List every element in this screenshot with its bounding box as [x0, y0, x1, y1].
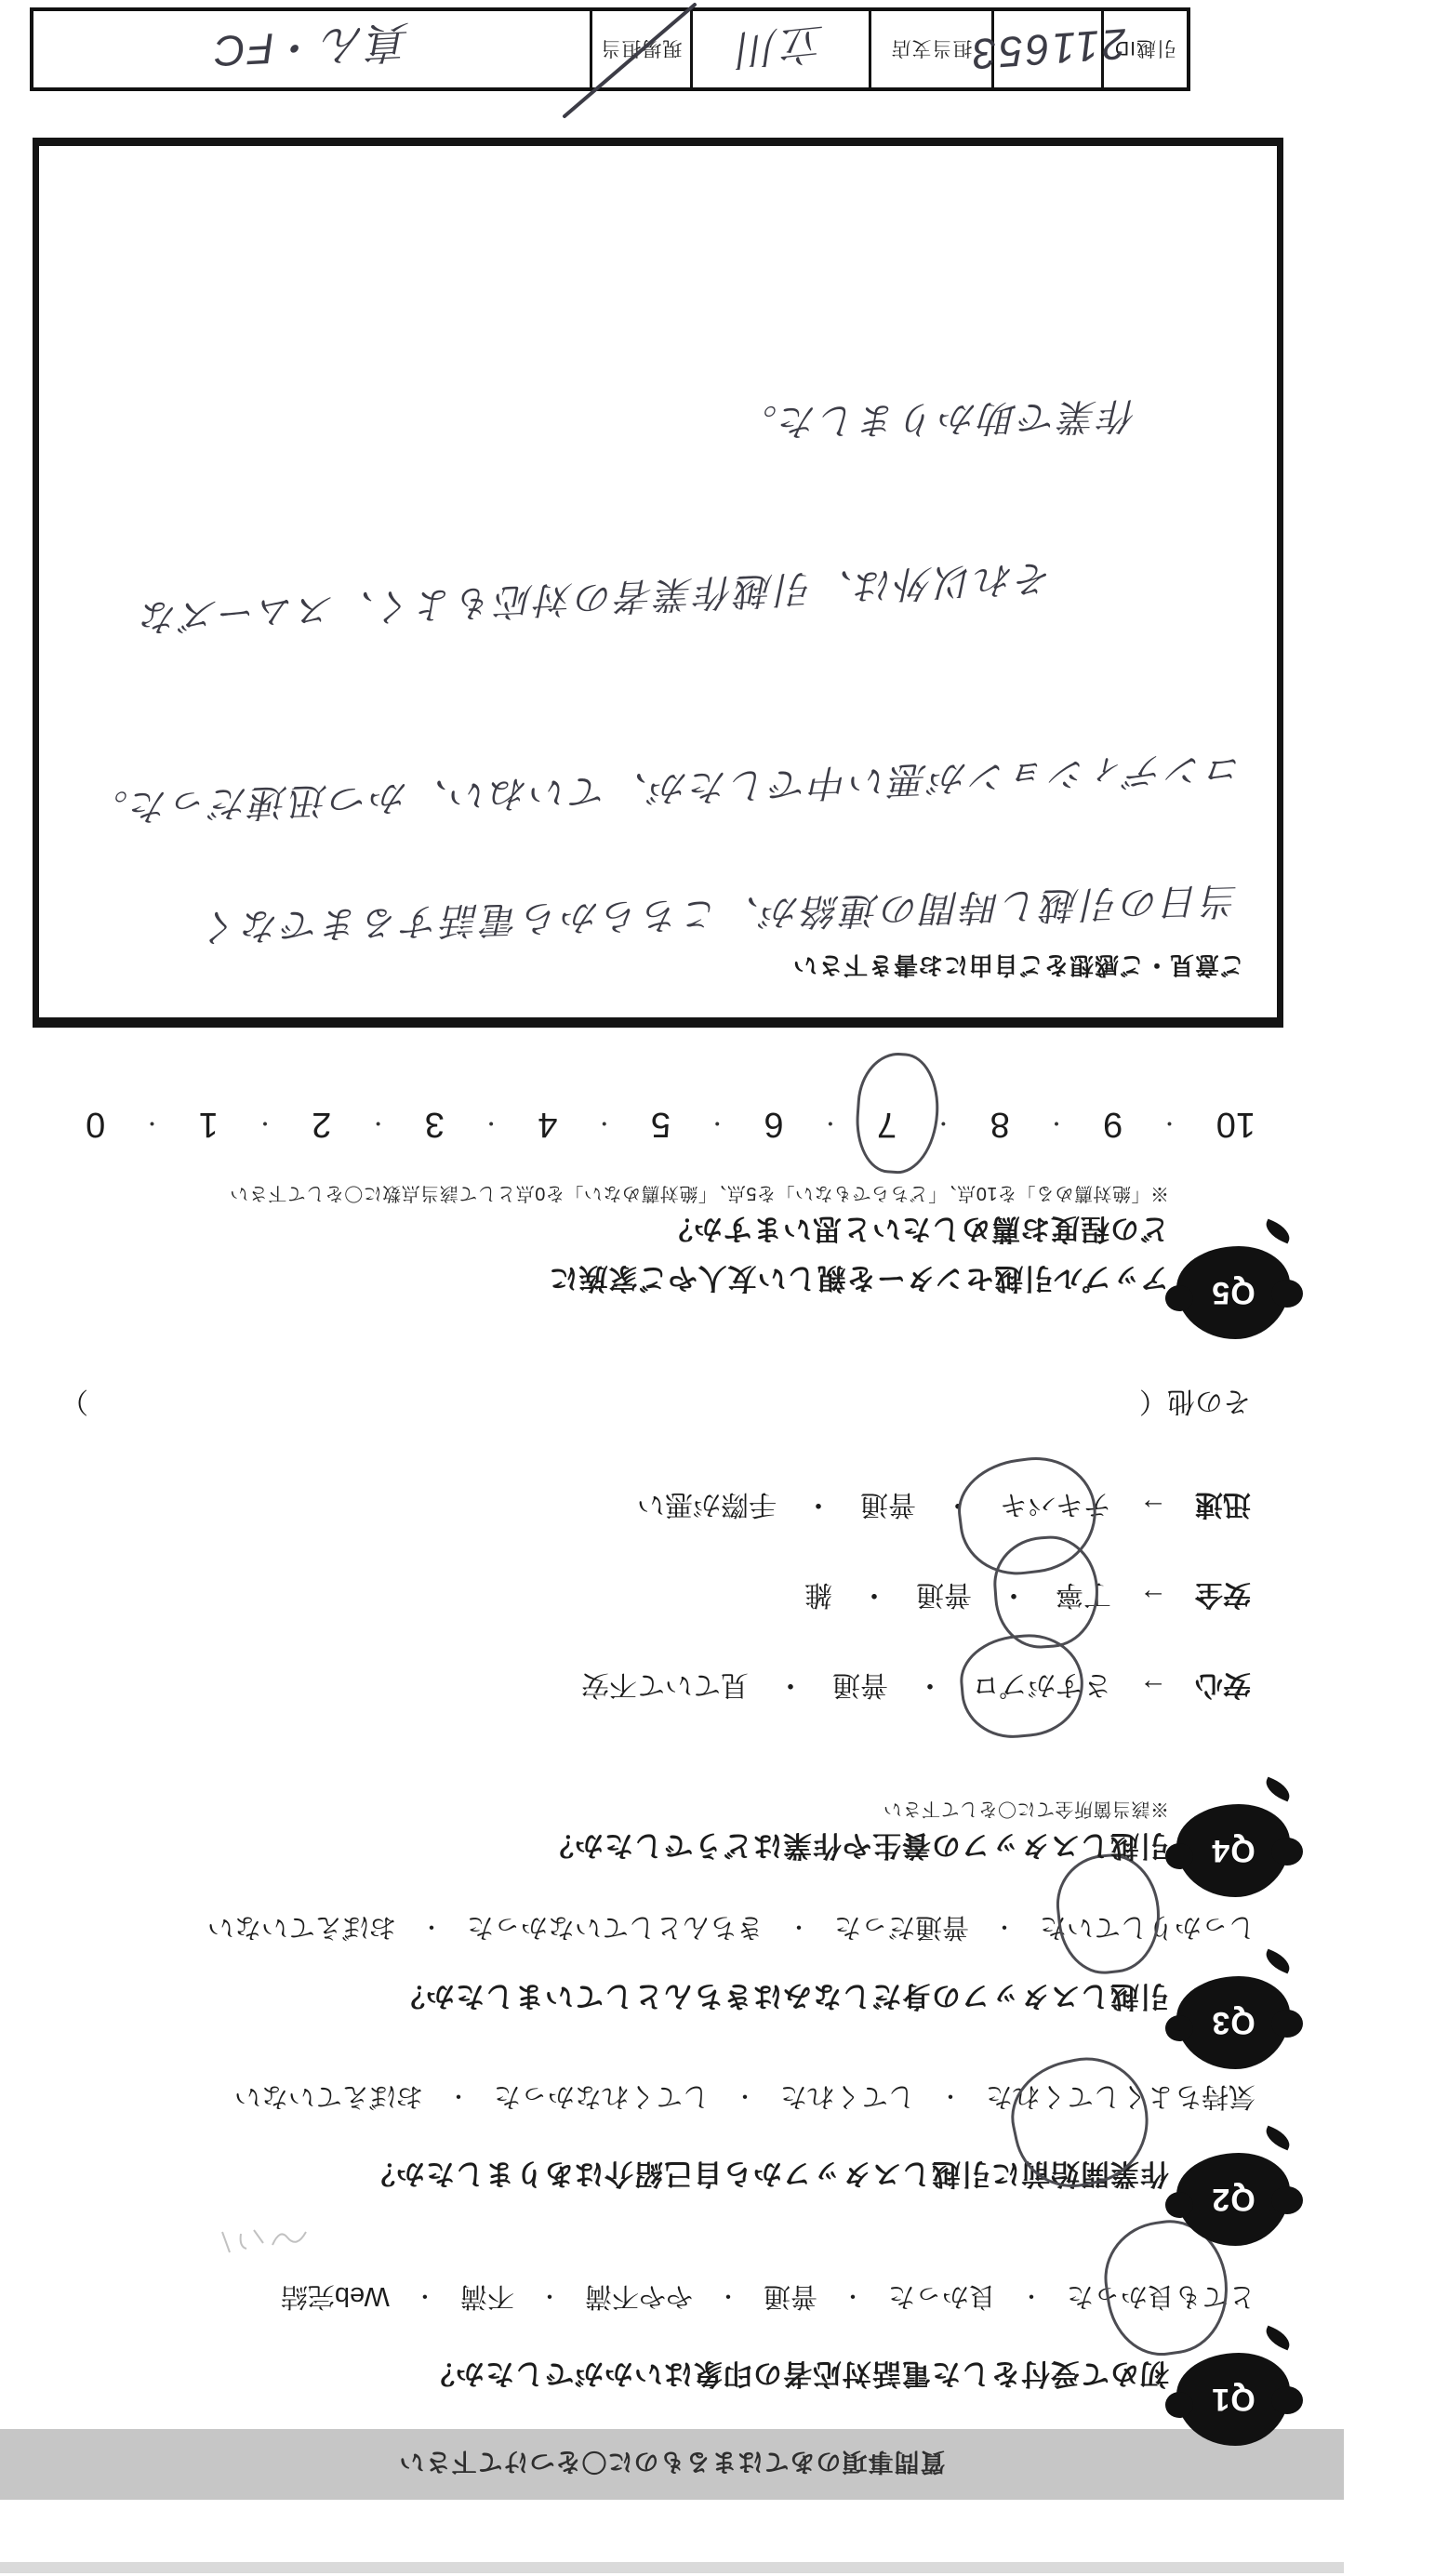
comment-box: ご意見・ご感想をご自由にお書き下さい 当日の引越し時間の連絡が、こちらから電話す…: [33, 138, 1283, 1028]
q4-other-paren-open: （: [1139, 1386, 1167, 1416]
option-separator: ・: [842, 2282, 864, 2315]
branch-value: 立川: [690, 11, 869, 87]
move-id-value: 211653: [991, 11, 1101, 87]
option-separator: ・: [804, 1487, 832, 1528]
q2-option: してくれなかった: [494, 2079, 710, 2118]
q4-bubble-label: Q4: [1211, 1833, 1255, 1869]
q4-bubble-icon: Q4: [1176, 1804, 1290, 1897]
q4-row-anshin: 安心 → さすがプロ・ 普通・ 見ていて不安: [581, 1667, 1251, 1708]
q1-question: 初めて受付をした電話対応者の印象はいかがでしたか？: [425, 2356, 1169, 2397]
q2-bubble-label: Q2: [1211, 2182, 1255, 2218]
q2-bubble-tail-icon: [1262, 2126, 1294, 2151]
q4-row-jinsoku: 迅速 → テキパキ・ 普通・ 手際が悪い: [637, 1487, 1251, 1528]
arrow-icon: →: [1139, 1582, 1167, 1613]
q1-option: Web完結: [281, 2279, 390, 2317]
scanned-survey-page: 質問事項のあてはまるものに〇をつけて下さい Q1 初めて受付をした電話対応者の印…: [0, 0, 1448, 2576]
q4-other-paren-close: ）: [60, 1386, 88, 1416]
option-separator: ・: [1020, 2282, 1043, 2315]
q3-option: おぼえていない: [207, 1910, 396, 1948]
q5-scale-value: 3: [425, 1104, 445, 1144]
arrow-icon: →: [1139, 1492, 1167, 1523]
option-separator: ・: [788, 1913, 810, 1945]
q4-bubble-tail-icon: [1262, 1777, 1294, 1802]
option-separator: ・: [777, 1667, 804, 1708]
q4-option: 普通: [832, 1667, 888, 1708]
stray-pen-stroke: [499, 0, 704, 121]
q5-scale-value: 10: [1216, 1104, 1255, 1144]
scale-separator: ・: [594, 1109, 615, 1138]
handwritten-comment-line: 作業で助かりました。: [737, 392, 1138, 451]
q1-bubble-label: Q1: [1211, 2382, 1255, 2418]
scale-separator: ・: [141, 1109, 162, 1138]
handwritten-comment-line: それ以外は、引越作業者の対応もよく、スムーズな: [138, 554, 1055, 647]
scale-separator: ・: [707, 1109, 727, 1138]
q2-option: してくれた: [780, 2079, 915, 2118]
instruction-bar: 質問事項のあてはまるものに〇をつけて下さい: [0, 2429, 1344, 2500]
q4-option: 普通: [860, 1487, 916, 1528]
q5-scale-value: 2: [312, 1104, 331, 1144]
q4-other-row: その他（: [1139, 1384, 1251, 1425]
q4-note: ※該当箇所全てに〇をして下さい: [883, 1798, 1170, 1825]
q1-bubble-tail-icon: [1262, 2326, 1294, 2351]
q1-option: 良かった: [888, 2279, 996, 2317]
option-separator: ・: [993, 1913, 1016, 1945]
q3-option: 普通だった: [834, 1910, 969, 1948]
q3-bubble-icon: Q3: [1176, 1976, 1290, 2069]
q3-bubble-tail-icon: [1262, 1949, 1294, 1974]
q5-scale-value: 0: [86, 1104, 105, 1144]
q4-row-label: 迅速: [1195, 1487, 1251, 1528]
q5-question-line2: どの程度お薦めしたいと思いますか？: [663, 1211, 1169, 1253]
option-separator: ・: [717, 2282, 739, 2315]
q4-option: 見ていて不安: [581, 1667, 749, 1708]
q4-option: 普通: [916, 1577, 972, 1618]
comment-box-label: ご意見・ご感想をご自由にお書き下さい: [792, 949, 1244, 984]
q5-bubble-label: Q5: [1211, 1275, 1255, 1311]
instruction-text: 質問事項のあてはまるものに〇をつけて下さい: [399, 2447, 946, 2483]
q4-option: 雑: [804, 1577, 832, 1618]
option-separator: ・: [447, 2082, 470, 2115]
scale-separator: ・: [1046, 1109, 1067, 1138]
arrow-icon: →: [1139, 1672, 1167, 1704]
site-staff-handwriting: 真ん・FC: [210, 13, 412, 85]
branch-handwriting: 立川: [732, 14, 829, 85]
q5-bubble-icon: Q5: [1176, 1246, 1290, 1339]
q3-bubble-label: Q3: [1211, 2005, 1255, 2041]
q4-question: 引越しスタッフの養生や作業はどうでしたか？: [544, 1827, 1169, 1869]
option-separator: ・: [734, 2082, 756, 2115]
option-separator: ・: [414, 2282, 436, 2315]
q3-option: きちんとしていなかった: [467, 1910, 764, 1948]
q5-scale-value: 8: [990, 1104, 1010, 1144]
handwritten-comment-line: コンディションが悪い中でしたが、ていねい、かつ迅速だった。: [87, 744, 1244, 837]
q1-option: 普通: [764, 2279, 817, 2317]
q5-scale-value: 4: [538, 1104, 557, 1144]
scale-separator: ・: [368, 1109, 389, 1138]
q5-scale-value: 5: [651, 1104, 671, 1144]
option-separator: ・: [916, 1667, 944, 1708]
q4-anshin-circle-mark: [956, 1629, 1087, 1742]
handwritten-comment-line: 当日の引越し時間の連絡が、こちらから電話するまでなく: [199, 876, 1240, 956]
pencil-scribble: [209, 2213, 312, 2269]
q4-other-paren-close-wrap: ）: [60, 1384, 88, 1425]
scale-separator: ・: [1160, 1109, 1180, 1138]
q5-note: ※「絶対薦める」を10点、「どちらでもない」を5点、「絶対薦めない」を0点として…: [230, 1182, 1169, 1209]
option-separator: ・: [860, 1577, 888, 1618]
q3-question: 引越しスタッフの身だしなみはきちんとしていましたか？: [395, 1978, 1169, 2020]
scale-separator: ・: [481, 1109, 501, 1138]
q5-scale-value: 6: [764, 1104, 783, 1144]
q5-scale-value: 9: [1103, 1104, 1123, 1144]
scale-separator: ・: [820, 1109, 841, 1138]
scale-separator: ・: [255, 1109, 275, 1138]
q5-score-circle-mark: [853, 1050, 943, 1176]
scan-edge-strip: [0, 2562, 1344, 2573]
q5-scale-value: 1: [199, 1104, 219, 1144]
q5-scale-row: 10・ 9・ 8・ 7・ 6・ 5・ 4・ 3・ 2・ 1・ 0: [86, 1104, 1255, 1144]
q4-other-label: その他: [1167, 1386, 1251, 1416]
q4-option: 手際が悪い: [637, 1487, 777, 1528]
q4-row-label: 安全: [1195, 1577, 1251, 1618]
q1-option: やや不満: [585, 2279, 693, 2317]
option-separator: ・: [538, 2282, 561, 2315]
q5-question-line1: アップル引越センターを親しい友人やご家族に: [549, 1260, 1169, 1302]
q4-row-label: 安心: [1195, 1667, 1251, 1708]
option-separator: ・: [939, 2082, 962, 2115]
q1-option: 不満: [460, 2279, 514, 2317]
option-separator: ・: [420, 1913, 443, 1945]
q2-option: おぼえていない: [234, 2079, 423, 2118]
q5-bubble-tail-icon: [1262, 1219, 1294, 1244]
